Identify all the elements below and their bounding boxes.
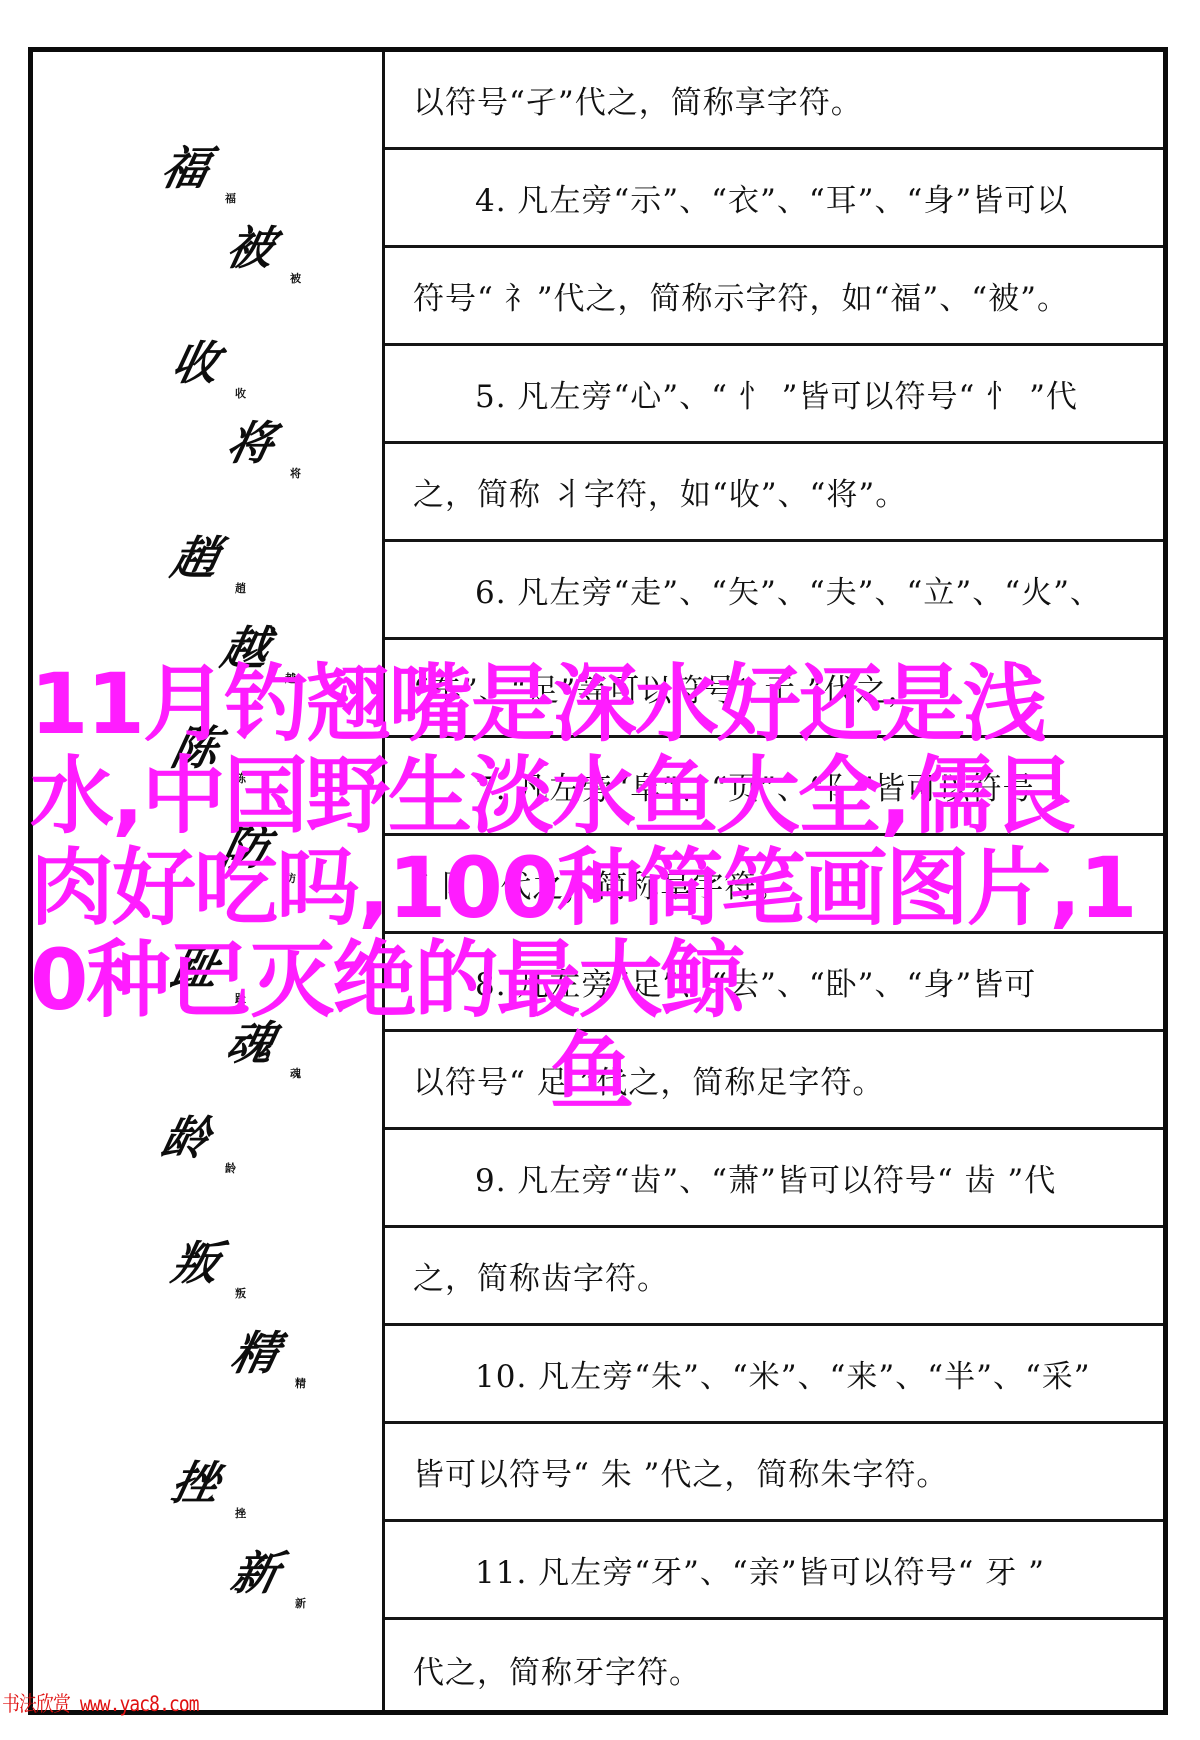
table-row: 皆可以符号“ 朱 ”代之，简称朱字符。 bbox=[385, 1424, 1163, 1522]
table-row: 11. 凡左旁“牙”、“亲”皆可以符号“ 牙 ” bbox=[385, 1522, 1163, 1620]
table-row: 6. 凡左旁“走”、“矢”、“夫”、“立”、“火”、 bbox=[385, 542, 1163, 640]
overlay-title-tail: 鱼 bbox=[30, 1026, 1140, 1118]
table-row: 10. 凡左旁“朱”、“米”、“来”、“半”、“采” bbox=[385, 1326, 1163, 1424]
calligraphy-glyph: 被 bbox=[221, 212, 281, 278]
glyph-gloss-label: 精 bbox=[295, 1375, 306, 1391]
glyph-gloss-label: 福 bbox=[225, 190, 236, 206]
glyph-gloss-label: 收 bbox=[235, 385, 246, 401]
row-text: 以符号“孑”代之，简称享字符。 bbox=[385, 77, 863, 122]
glyph-gloss-label: 将 bbox=[290, 465, 301, 481]
calligraphy-glyph: 收 bbox=[166, 327, 226, 393]
row-text: 6. 凡左旁“走”、“矢”、“夫”、“立”、“火”、 bbox=[385, 567, 1102, 612]
glyph-gloss-label: 趙 bbox=[235, 580, 246, 596]
calligraphy-glyph: 精 bbox=[226, 1317, 286, 1383]
overlay-title: 11月钓翘嘴是深水好还是浅水,中国野生淡水鱼大全,儒艮肉好吃吗,100种简笔画图… bbox=[30, 658, 1140, 1118]
row-text: 11. 凡左旁“牙”、“亲”皆可以符号“ 牙 ” bbox=[385, 1547, 1045, 1592]
calligraphy-glyph: 新 bbox=[226, 1537, 286, 1603]
row-text: 之，简称齿字符。 bbox=[385, 1253, 669, 1298]
table-row: 之，简称 丬字符，如“收”、“将”。 bbox=[385, 444, 1163, 542]
calligraphy-glyph: 福 bbox=[156, 132, 216, 198]
glyph-gloss-label: 被 bbox=[290, 270, 301, 286]
calligraphy-glyph: 将 bbox=[221, 407, 281, 473]
table-row: 4. 凡左旁“示”、“衣”、“耳”、“身”皆可以 bbox=[385, 150, 1163, 248]
glyph-gloss-label: 挫 bbox=[235, 1505, 246, 1521]
row-text: 4. 凡左旁“示”、“衣”、“耳”、“身”皆可以 bbox=[385, 175, 1068, 220]
table-row: 9. 凡左旁“齿”、“萧”皆可以符号“ 齿 ”代 bbox=[385, 1130, 1163, 1228]
row-text: 10. 凡左旁“朱”、“米”、“来”、“半”、“采” bbox=[385, 1351, 1091, 1396]
calligraphy-glyph: 挫 bbox=[166, 1447, 226, 1513]
row-text: 9. 凡左旁“齿”、“萧”皆可以符号“ 齿 ”代 bbox=[385, 1155, 1056, 1200]
glyph-gloss-label: 新 bbox=[295, 1595, 306, 1611]
table-row: 5. 凡左旁“心”、“ 忄 ”皆可以符号“ 忄 ”代 bbox=[385, 346, 1163, 444]
overlay-title-text: 11月钓翘嘴是深水好还是浅水,中国野生淡水鱼大全,儒艮肉好吃吗,100种简笔画图… bbox=[30, 655, 1136, 1029]
table-row: 代之，简称牙字符。 bbox=[385, 1620, 1163, 1718]
row-text: 皆可以符号“ 朱 ”代之，简称朱字符。 bbox=[385, 1449, 948, 1494]
row-text: 5. 凡左旁“心”、“ 忄 ”皆可以符号“ 忄 ”代 bbox=[385, 371, 1078, 416]
watermark: 书法欣赏 www.yac8.com bbox=[2, 1688, 199, 1718]
calligraphy-glyph: 趙 bbox=[166, 522, 226, 588]
glyph-gloss-label: 龄 bbox=[225, 1160, 236, 1176]
row-text: 代之，简称牙字符。 bbox=[385, 1647, 701, 1692]
table-row: 之，简称齿字符。 bbox=[385, 1228, 1163, 1326]
row-text: 之，简称 丬字符，如“收”、“将”。 bbox=[385, 469, 907, 514]
table-row: 以符号“孑”代之，简称享字符。 bbox=[385, 52, 1163, 150]
table-row: 符号“ 礻”代之，简称示字符，如“福”、“被”。 bbox=[385, 248, 1163, 346]
row-text: 符号“ 礻”代之，简称示字符，如“福”、“被”。 bbox=[385, 273, 1069, 318]
calligraphy-glyph: 叛 bbox=[166, 1227, 226, 1293]
glyph-gloss-label: 叛 bbox=[235, 1285, 246, 1301]
